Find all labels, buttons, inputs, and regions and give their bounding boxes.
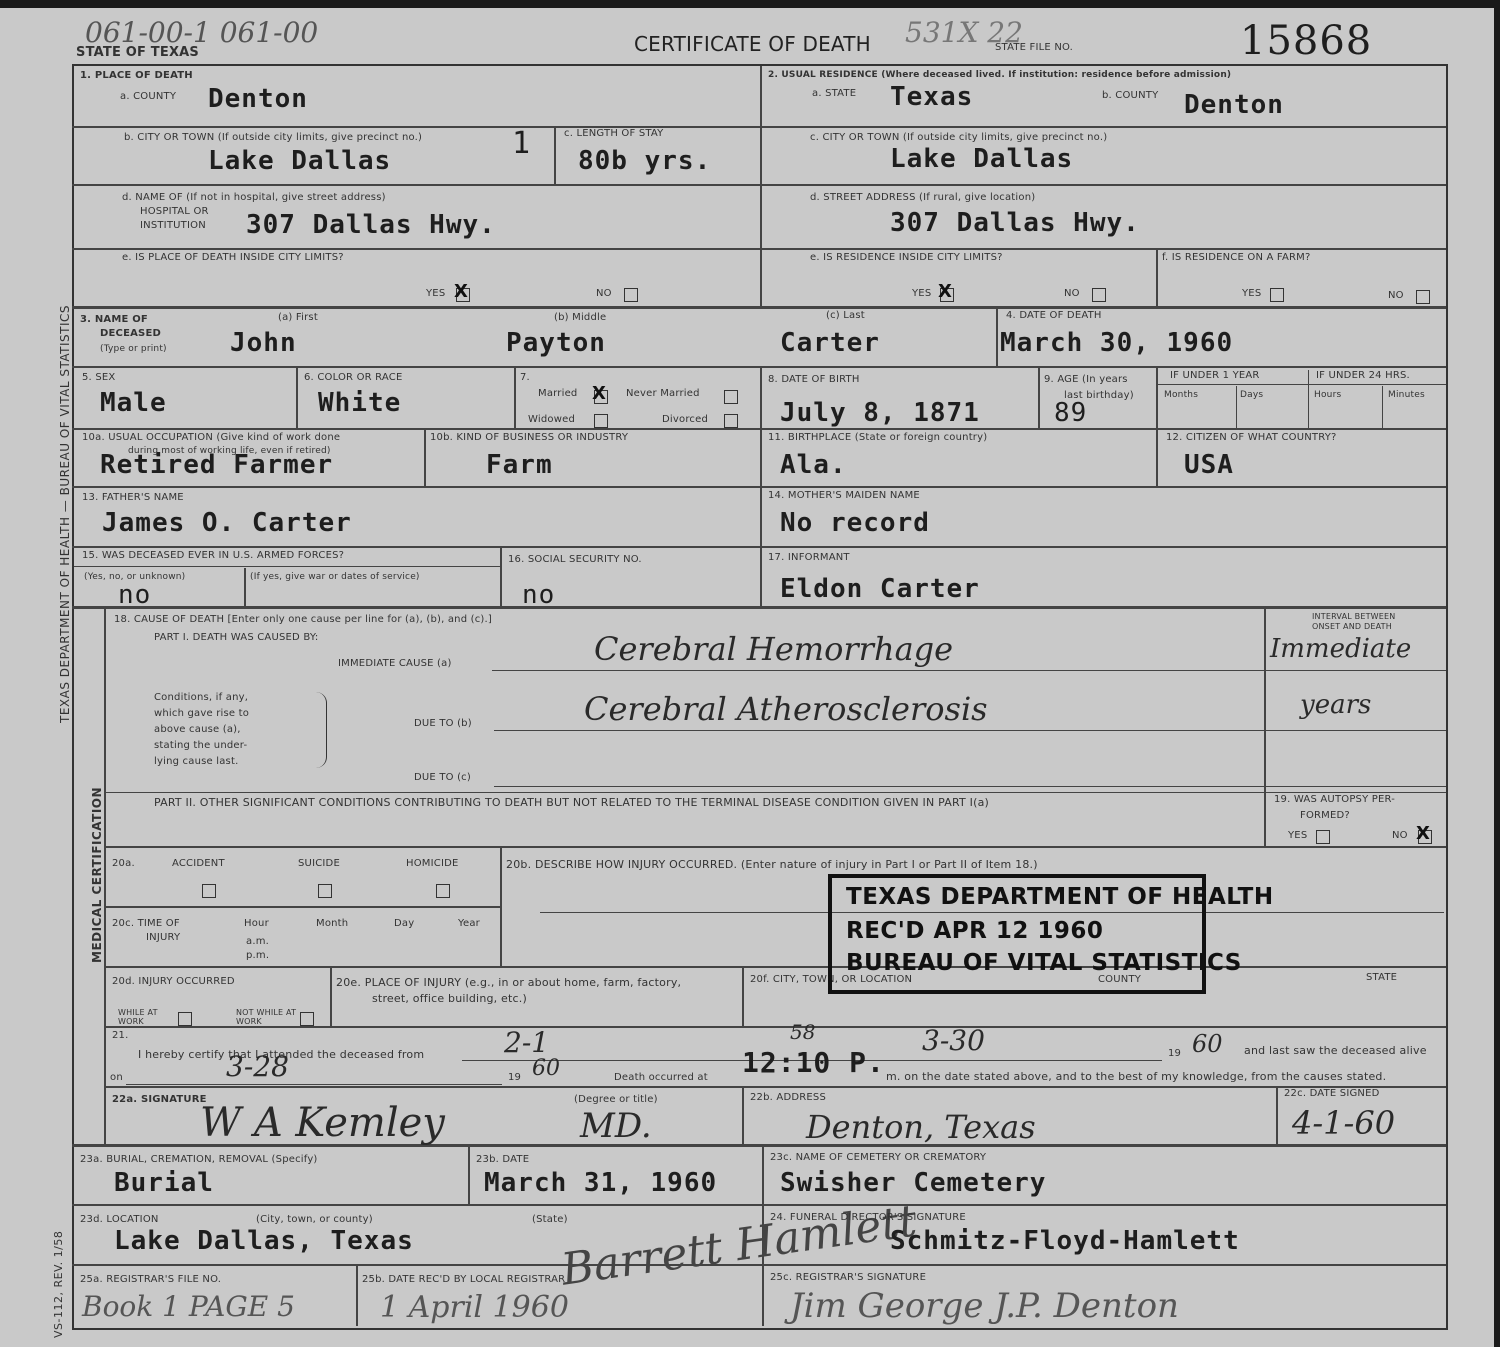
- attended-to-value: 3-30: [922, 1024, 985, 1057]
- residence-street-label: d. STREET ADDRESS (If rural, give locati…: [810, 192, 1035, 203]
- place-of-injury-label: 20e. PLACE OF INJURY (e.g., in or about …: [336, 976, 681, 989]
- age-label: 9. AGE (In years: [1044, 374, 1128, 385]
- autopsy-label: 19. WAS AUTOPSY PER-: [1274, 794, 1395, 805]
- residence-inside-no-checkbox[interactable]: [1092, 288, 1106, 302]
- first-name-value: John: [230, 328, 297, 358]
- funeral-director-label: 24. FUNERAL DIRECTOR'S SIGNATURE: [770, 1212, 966, 1223]
- last-seen-value: 3-28: [226, 1050, 289, 1083]
- due-to-b-value: Cerebral Atherosclerosis: [584, 690, 988, 728]
- physician-address: Denton, Texas: [806, 1108, 1036, 1146]
- residence-inside-limits-label: e. IS RESIDENCE INSIDE CITY LIMITS?: [810, 252, 1003, 263]
- due-to-c-label: DUE TO (c): [414, 772, 471, 783]
- citizen-value: USA: [1184, 450, 1234, 480]
- certification-text-3: m. on the date stated above, and to the …: [886, 1070, 1386, 1083]
- burial-date-value: March 31, 1960: [484, 1168, 717, 1198]
- death-time-value: 12:10 P.: [742, 1046, 885, 1079]
- residence-county-label: b. COUNTY: [1102, 90, 1158, 101]
- residence-city-value: Lake Dallas: [890, 144, 1073, 174]
- accident-label: ACCIDENT: [172, 858, 225, 869]
- hospital-label-3: INSTITUTION: [140, 220, 206, 231]
- last-name-value: Carter: [780, 328, 880, 358]
- autopsy-yes-checkbox[interactable]: [1316, 830, 1330, 844]
- burial-location-value: Lake Dallas, Texas: [114, 1226, 414, 1256]
- age-value: 89: [1054, 398, 1087, 428]
- date-signed-value: 4-1-60: [1292, 1104, 1395, 1142]
- name-label-3: (Type or print): [100, 344, 167, 354]
- widowed-label: Widowed: [528, 414, 575, 425]
- autopsy-no-checkbox[interactable]: [1418, 830, 1432, 844]
- not-while-at-work-label: NOT WHILE AT WORK: [236, 1008, 298, 1026]
- dob-label: 8. DATE OF BIRTH: [768, 374, 860, 385]
- interval-a-value: Immediate: [1270, 634, 1411, 664]
- armed-forces-value: no: [118, 580, 151, 610]
- minutes-label: Minutes: [1388, 390, 1425, 400]
- middle-name-value: Payton: [506, 328, 606, 358]
- autopsy-label-2: FORMED?: [1300, 810, 1350, 821]
- burial-date-label: 23b. DATE: [476, 1154, 529, 1165]
- race-value: White: [318, 388, 401, 418]
- cause-of-death-label: 18. CAUSE OF DEATH [Enter only one cause…: [114, 614, 492, 625]
- physician-address-label: 22b. ADDRESS: [750, 1092, 826, 1103]
- disposition-value: Burial: [114, 1168, 214, 1198]
- conditions-brace: [316, 692, 327, 768]
- immediate-cause-label: IMMEDIATE CAUSE (a): [338, 658, 452, 669]
- to-year-prefix: 19: [1168, 1048, 1181, 1059]
- while-at-work-checkbox[interactable]: [178, 1012, 192, 1026]
- married-label: Married: [538, 388, 577, 399]
- last-name-label: (c) Last: [826, 310, 865, 321]
- name-label-2: DECEASED: [100, 328, 161, 339]
- stamp-line-1: TEXAS DEPARTMENT OF HEALTH: [846, 884, 1274, 910]
- ssn-label: 16. SOCIAL SECURITY NO.: [508, 554, 642, 565]
- death-inside-yes-label: YES: [426, 288, 445, 299]
- stamp-line-2: REC'D APR 12 1960: [846, 918, 1103, 944]
- residence-inside-no-label: NO: [1064, 288, 1080, 299]
- accident-checkbox[interactable]: [202, 884, 216, 898]
- race-label: 6. COLOR OR RACE: [304, 372, 403, 383]
- location-sub-label: (City, town, or county): [256, 1214, 373, 1225]
- attended-to-year: 60: [1192, 1030, 1223, 1058]
- death-certificate: 061-00-1 061-00 STATE OF TEXAS CERTIFICA…: [0, 8, 1494, 1347]
- informant-value: Eldon Carter: [780, 574, 980, 604]
- degree-label: (Degree or title): [574, 1094, 658, 1105]
- form-number: VS-112, REV. 1/58: [52, 1231, 65, 1338]
- divorced-label: Divorced: [662, 414, 708, 425]
- certification-text-2: and last saw the deceased alive: [1244, 1044, 1427, 1057]
- father-value: James O. Carter: [102, 508, 352, 538]
- interval-label: INTERVAL BETWEEN: [1312, 612, 1395, 621]
- pm-label: p.m.: [246, 950, 269, 961]
- death-inside-limits-label: e. IS PLACE OF DEATH INSIDE CITY LIMITS?: [122, 252, 344, 263]
- birthplace-value: Ala.: [780, 450, 847, 480]
- cemetery-label: 23c. NAME OF CEMETERY OR CREMATORY: [770, 1152, 986, 1163]
- married-checkbox[interactable]: [594, 390, 608, 404]
- under-24-hrs-label: IF UNDER 24 HRS.: [1316, 370, 1410, 381]
- conditions-note-4: stating the under-: [154, 740, 247, 751]
- residence-label: 2. USUAL RESIDENCE (Where deceased lived…: [768, 70, 1231, 80]
- time-of-injury-label-2: INJURY: [146, 932, 180, 943]
- middle-name-label: (b) Middle: [554, 312, 606, 323]
- state-sub-label: (State): [532, 1214, 568, 1225]
- attended-from-year: 58: [790, 1020, 815, 1044]
- hospital-label: d. NAME OF (If not in hospital, give str…: [122, 192, 386, 203]
- part2-label: PART II. OTHER SIGNIFICANT CONDITIONS CO…: [154, 796, 989, 809]
- dob-value: July 8, 1871: [780, 398, 980, 428]
- death-inside-no-checkbox[interactable]: [624, 288, 638, 302]
- suicide-checkbox[interactable]: [318, 884, 332, 898]
- date-of-death-value: March 30, 1960: [1000, 328, 1233, 358]
- state-file-number: 15868: [1240, 18, 1372, 64]
- registrar-file-label: 25a. REGISTRAR'S FILE NO.: [80, 1274, 221, 1285]
- place-of-death-label: 1. PLACE OF DEATH: [80, 70, 193, 81]
- autopsy-no-label: NO: [1392, 830, 1408, 841]
- immediate-cause-value: Cerebral Hemorrhage: [594, 630, 953, 668]
- due-to-b-label: DUE TO (b): [414, 718, 472, 729]
- citizen-label: 12. CITIZEN OF WHAT COUNTRY?: [1166, 432, 1337, 443]
- department-side-label: TEXAS DEPARTMENT OF HEALTH — BUREAU OF V…: [58, 305, 72, 723]
- hours-label: Hours: [1314, 390, 1341, 400]
- registrar-date-label: 25b. DATE REC'D BY LOCAL REGISTRAR: [362, 1274, 565, 1285]
- homicide-label: HOMICIDE: [406, 858, 459, 869]
- date-of-death-label: 4. DATE OF DEATH: [1006, 310, 1102, 321]
- conditions-note-2: which gave rise to: [154, 708, 249, 719]
- conditions-note-1: Conditions, if any,: [154, 692, 248, 703]
- physician-signature: W A Kemley: [200, 1100, 445, 1146]
- birthplace-label: 11. BIRTHPLACE (State or foreign country…: [768, 432, 987, 443]
- first-name-label: (a) First: [278, 312, 318, 323]
- hour-label: Hour: [244, 918, 269, 929]
- day-label: Day: [394, 918, 414, 929]
- certification-num: 21.: [112, 1030, 129, 1041]
- hospital-label-2: HOSPITAL OR: [140, 206, 209, 217]
- sex-value: Male: [100, 388, 167, 418]
- residence-county-value: Denton: [1184, 90, 1284, 120]
- received-stamp: TEXAS DEPARTMENT OF HEALTH REC'D APR 12 …: [828, 874, 1206, 994]
- death-inside-no-label: NO: [596, 288, 612, 299]
- residence-city-label: c. CITY OR TOWN (If outside city limits,…: [810, 132, 1107, 143]
- mother-value: No record: [780, 508, 930, 538]
- injury-state-label: STATE: [1366, 972, 1397, 983]
- interval-label-2: ONSET AND DEATH: [1312, 622, 1392, 631]
- date-signed-label: 22c. DATE SIGNED: [1284, 1088, 1380, 1099]
- suicide-label: SUICIDE: [298, 858, 340, 869]
- farm-label: f. IS RESIDENCE ON A FARM?: [1162, 252, 1310, 263]
- autopsy-yes-label: YES: [1288, 830, 1307, 841]
- am-label: a.m.: [246, 936, 269, 947]
- part1-label: PART I. DEATH WAS CAUSED BY:: [154, 632, 318, 643]
- residence-inside-yes-label: YES: [912, 288, 931, 299]
- physician-signature-label: 22a. SIGNATURE: [112, 1094, 207, 1105]
- farm-no-checkbox[interactable]: [1416, 290, 1430, 304]
- days-label: Days: [1240, 390, 1263, 400]
- residence-street-value: 307 Dallas Hwy.: [890, 208, 1140, 238]
- registrar-signature-label: 25c. REGISTRAR'S SIGNATURE: [770, 1272, 926, 1283]
- funeral-director-value: Schmitz-Floyd-Hamlett: [890, 1226, 1240, 1256]
- conditions-note-5: lying cause last.: [154, 756, 238, 767]
- disposition-label: 23a. BURIAL, CREMATION, REMOVAL (Specify…: [80, 1154, 318, 1165]
- never-married-label: Never Married: [626, 388, 700, 399]
- time-of-injury-label: 20c. TIME OF: [112, 918, 180, 929]
- registrar-date-value: 1 April 1960: [380, 1290, 569, 1325]
- mother-label: 14. MOTHER'S MAIDEN NAME: [768, 490, 920, 501]
- armed-forces-label: 15. WAS DECEASED EVER IN U.S. ARMED FORC…: [82, 550, 344, 561]
- business-label: 10b. KIND OF BUSINESS OR INDUSTRY: [430, 432, 628, 443]
- homicide-checkbox[interactable]: [436, 884, 450, 898]
- registrar-file-value: Book 1 PAGE 5: [82, 1290, 295, 1323]
- not-while-at-work-checkbox[interactable]: [300, 1012, 314, 1026]
- place-of-injury-label-2: street, office building, etc.): [372, 992, 527, 1005]
- farm-yes-checkbox[interactable]: [1270, 288, 1284, 302]
- months-label: Months: [1164, 390, 1198, 400]
- farm-yes-label: YES: [1242, 288, 1261, 299]
- ssn-value: no: [522, 580, 555, 610]
- death-occurred-at-label: Death occurred at: [614, 1072, 708, 1083]
- divorced-checkbox[interactable]: [724, 414, 738, 428]
- last-seen-on-label: on: [110, 1072, 123, 1083]
- death-county-value: Denton: [208, 84, 308, 114]
- year-label: Year: [458, 918, 480, 929]
- injury-occurred-label: 20d. INJURY OCCURRED: [112, 976, 235, 987]
- conditions-note-3: above cause (a),: [154, 724, 241, 735]
- month-label: Month: [316, 918, 348, 929]
- armed-forces-sub2: (If yes, give war or dates of service): [250, 572, 420, 582]
- state-file-label: STATE FILE NO.: [995, 42, 1073, 53]
- residence-inside-yes-checkbox[interactable]: [940, 288, 954, 302]
- precinct-value: 1: [512, 126, 531, 161]
- residence-state-value: Texas: [890, 82, 973, 112]
- name-label: 3. NAME OF: [80, 314, 148, 325]
- marital-label: 7.: [520, 372, 530, 383]
- occupation-label: 10a. USUAL OCCUPATION (Give kind of work…: [82, 432, 340, 443]
- death-city-value: Lake Dallas: [208, 146, 391, 176]
- never-married-checkbox[interactable]: [724, 390, 738, 404]
- certificate-title: CERTIFICATE OF DEATH: [634, 32, 871, 56]
- business-value: Farm: [486, 450, 553, 480]
- stamp-line-3: BUREAU OF VITAL STATISTICS: [846, 950, 1242, 976]
- state-label: STATE OF TEXAS: [76, 45, 199, 60]
- death-inside-yes-checkbox[interactable]: [456, 288, 470, 302]
- death-city-label: b. CITY OR TOWN (If outside city limits,…: [124, 132, 422, 143]
- sex-label: 5. SEX: [82, 372, 115, 383]
- while-at-work-label: WHILE AT WORK: [118, 1008, 170, 1026]
- cemetery-value: Swisher Cemetery: [780, 1168, 1046, 1198]
- last-seen-year: 60: [532, 1056, 560, 1081]
- hospital-value: 307 Dallas Hwy.: [246, 210, 496, 240]
- burial-location-label: 23d. LOCATION: [80, 1214, 159, 1225]
- interval-b-value: years: [1300, 690, 1371, 720]
- occupation-value: Retired Farmer: [100, 450, 333, 480]
- under-1-year-label: IF UNDER 1 YEAR: [1170, 370, 1260, 381]
- length-of-stay-value: 80b yrs.: [578, 146, 711, 176]
- father-label: 13. FATHER'S NAME: [82, 492, 184, 503]
- last-seen-year-prefix: 19: [508, 1072, 521, 1083]
- residence-state-label: a. STATE: [812, 88, 856, 99]
- injury-type-label: 20a.: [112, 858, 135, 869]
- informant-label: 17. INFORMANT: [768, 552, 850, 563]
- widowed-checkbox[interactable]: [594, 414, 608, 428]
- describe-injury-label: 20b. DESCRIBE HOW INJURY OCCURRED. (Ente…: [506, 858, 1038, 871]
- farm-no-label: NO: [1388, 290, 1404, 301]
- county-label: a. COUNTY: [120, 91, 176, 102]
- physician-degree: MD.: [580, 1106, 652, 1146]
- registrar-signature: Jim George J.P. Denton: [790, 1286, 1179, 1326]
- length-of-stay-label: c. LENGTH OF STAY: [564, 128, 663, 139]
- attended-from-value: 2-1: [504, 1026, 549, 1059]
